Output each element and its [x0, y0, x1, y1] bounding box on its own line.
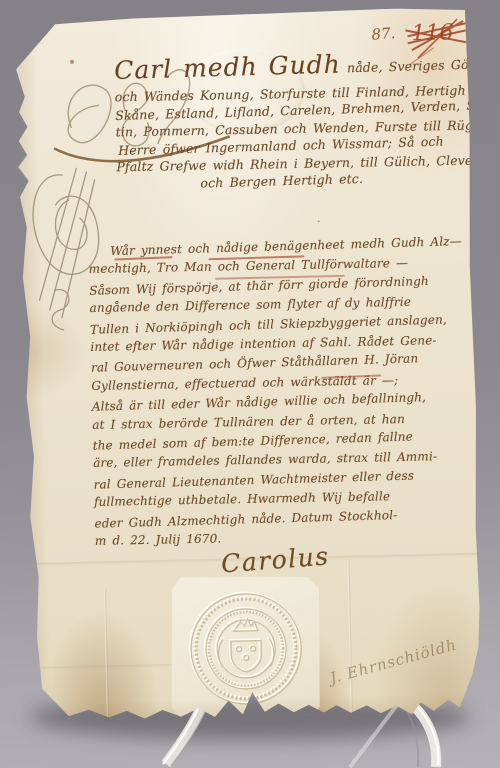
header-opening-words: Carl medh Gudh — [114, 49, 341, 85]
fold-line — [28, 664, 178, 672]
header-block: Carl medh Gudh nåde, Sveriges Göthes och… — [114, 53, 447, 193]
paper-speck — [433, 104, 436, 107]
header-line: Carl medh Gudh nåde, Sveriges Göthes — [114, 52, 444, 83]
header-line1-rest: nåde, Sveriges Göthes — [347, 56, 497, 75]
document-paper: 87. 116 — [13, 7, 485, 729]
photo-backdrop: 87. 116 — [0, 0, 500, 768]
paper-speck — [70, 60, 74, 64]
paper-speck — [318, 220, 320, 222]
paper-crease — [347, 560, 353, 718]
body-block: Wår ynnest och nådige benägenheet medh G… — [88, 233, 467, 552]
archive-number: 87. — [371, 24, 396, 44]
secretary-signature: J. Ehrnschiöldh — [328, 628, 487, 688]
